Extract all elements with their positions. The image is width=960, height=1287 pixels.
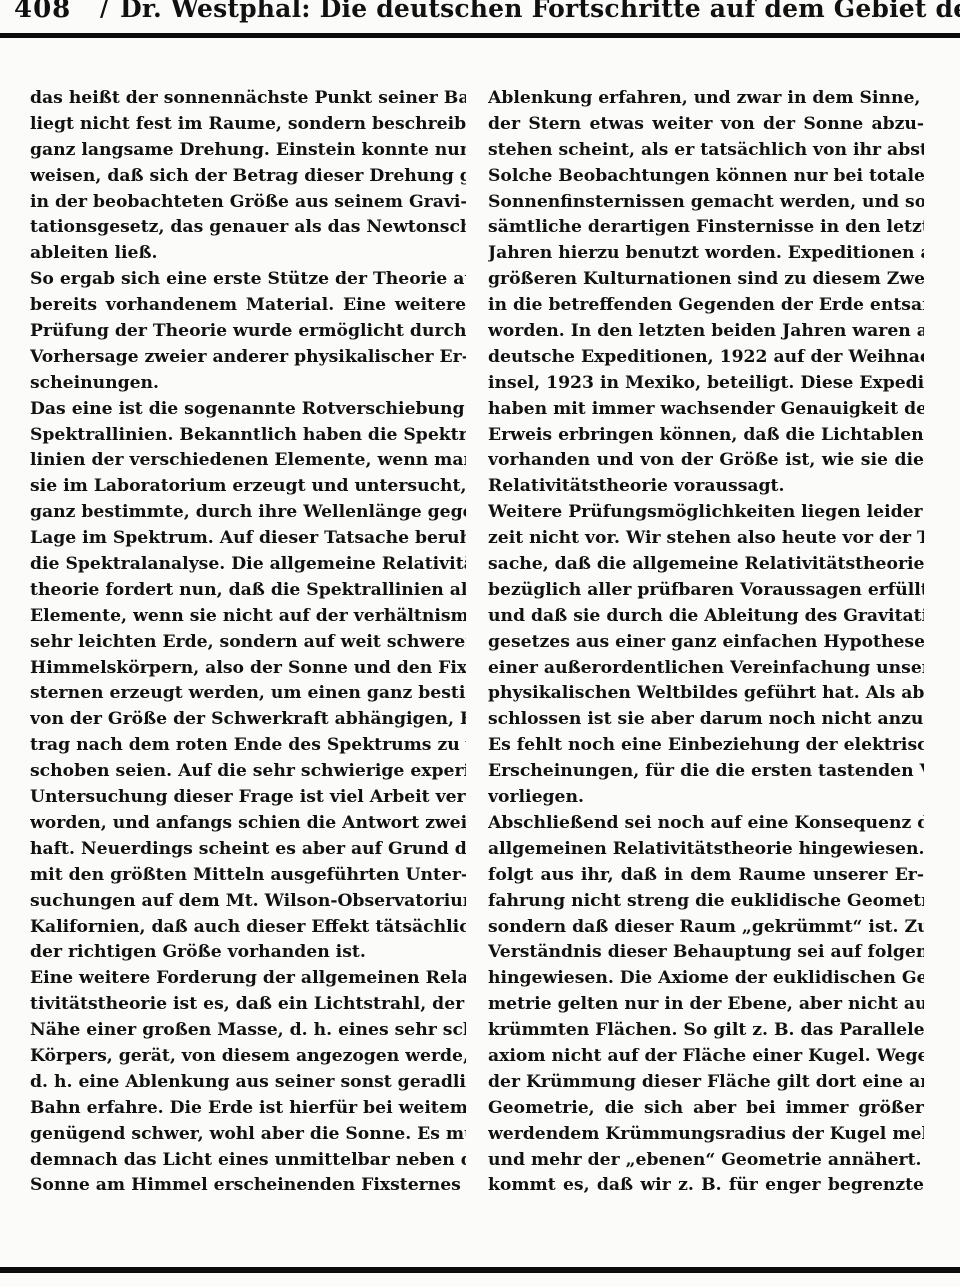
text-line: Solche Beobachtungen können nur bei tota… (488, 164, 924, 190)
text-line: fahrung nicht streng die euklidische Geo… (488, 889, 924, 915)
text-line: Körpers, gerät, von diesem angezogen wer… (30, 1044, 466, 1070)
text-line: ganz bestimmte, durch ihre Wellenlänge g… (30, 500, 466, 526)
text-line: Sonne am Himmel erscheinenden Fixsternes… (30, 1173, 466, 1199)
text-line: ganz langsame Drehung. Einstein konnte n… (30, 138, 466, 164)
text-line: einer außerordentlichen Vereinfachung un… (488, 656, 924, 682)
text-line: haben mit immer wachsender Genauigkeit d… (488, 397, 924, 423)
text-line: Das eine ist die sogenannte Rotverschieb… (30, 397, 466, 423)
text-line: insel, 1923 in Mexiko, beteiligt. Diese … (488, 371, 924, 397)
header-separator: / (100, 0, 108, 22)
text-line: metrie gelten nur in der Ebene, aber nic… (488, 992, 924, 1018)
page-header: 408 / Dr. Westphal: Die deutschen Fortsc… (0, 0, 960, 34)
text-line: suchungen auf dem Mt. Wilson-Observatori… (30, 889, 466, 915)
text-line: sternen erzeugt werden, um einen ganz be… (30, 681, 466, 707)
text-line: Nähe einer großen Masse, d. h. eines seh… (30, 1018, 466, 1044)
text-column-right: Ablenkung erfahren, und zwar in dem Sinn… (488, 86, 924, 1199)
text-line: folgt aus ihr, daß in dem Raume unserer … (488, 863, 924, 889)
text-line: stehen scheint, als er tatsächlich von i… (488, 138, 924, 164)
footer-rule (0, 1267, 960, 1273)
text-line: allgemeinen Relativitätstheorie hingewie… (488, 837, 924, 863)
text-line: haft. Neuerdings scheint es aber auf Gru… (30, 837, 466, 863)
text-line: linien der verschiedenen Elemente, wenn … (30, 448, 466, 474)
text-line: Erscheinungen, für die die ersten tasten… (488, 759, 924, 785)
text-line: demnach das Licht eines unmittelbar nebe… (30, 1148, 466, 1174)
text-line: von der Größe der Schwerkraft abhängigen… (30, 707, 466, 733)
header-rule (0, 33, 960, 38)
text-line: das heißt der sonnennächste Punkt seiner… (30, 86, 466, 112)
text-line: ableiten ließ. (30, 241, 466, 267)
text-line: Untersuchung dieser Frage ist viel Arbei… (30, 785, 466, 811)
text-line: Himmelskörpern, also der Sonne und den F… (30, 656, 466, 682)
text-line: Verständnis dieser Behauptung sei auf fo… (488, 940, 924, 966)
text-line: Es fehlt noch eine Einbeziehung der elek… (488, 733, 924, 759)
text-line: zeit nicht vor. Wir stehen also heute vo… (488, 526, 924, 552)
text-line: Vorhersage zweier anderer physikalischer… (30, 345, 466, 371)
text-line: Eine weitere Forderung der allgemeinen R… (30, 966, 466, 992)
text-line: in die betreffenden Gegenden der Erde en… (488, 293, 924, 319)
text-line: worden. In den letzten beiden Jahren war… (488, 319, 924, 345)
text-line: bezüglich aller prüfbaren Voraussagen er… (488, 578, 924, 604)
text-line: Sonnenfinsternissen gemacht werden, und … (488, 190, 924, 216)
text-line: weisen, daß sich der Betrag dieser Drehu… (30, 164, 466, 190)
text-line: größeren Kulturnationen sind zu diesem Z… (488, 267, 924, 293)
text-line: deutsche Expeditionen, 1922 auf der Weih… (488, 345, 924, 371)
text-line: krümmten Flächen. So gilt z. B. das Para… (488, 1018, 924, 1044)
text-column-left: das heißt der sonnennächste Punkt seiner… (30, 86, 466, 1199)
text-line: Jahren hierzu benutzt worden. Expedition… (488, 241, 924, 267)
text-line: axiom nicht auf der Fläche einer Kugel. … (488, 1044, 924, 1070)
text-line: trag nach dem roten Ende des Spektrums z… (30, 733, 466, 759)
text-line: Geometrie, die sich aber bei immer größe… (488, 1096, 924, 1122)
text-line: Ablenkung erfahren, und zwar in dem Sinn… (488, 86, 924, 112)
text-line: tationsgesetz, das genauer als das Newto… (30, 215, 466, 241)
text-line: liegt nicht fest im Raume, sondern besch… (30, 112, 466, 138)
text-line: schlossen ist sie aber darum noch nicht … (488, 707, 924, 733)
text-line: Prüfung der Theorie wurde ermöglicht dur… (30, 319, 466, 345)
text-line: bereits vorhandenem Material. Eine weite… (30, 293, 466, 319)
text-line: sie im Laboratorium erzeugt und untersuc… (30, 474, 466, 500)
text-line: hingewiesen. Die Axiome der euklidischen… (488, 966, 924, 992)
text-line: sehr leichten Erde, sondern auf weit sch… (30, 630, 466, 656)
text-line: scheinungen. (30, 371, 466, 397)
text-line: worden, und anfangs schien die Antwort z… (30, 811, 466, 837)
text-line: vorliegen. (488, 785, 924, 811)
text-line: Abschließend sei noch auf eine Konsequen… (488, 811, 924, 837)
text-line: vorhanden und von der Größe ist, wie sie… (488, 448, 924, 474)
text-line: theorie fordert nun, daß die Spektrallin… (30, 578, 466, 604)
text-line: in der beobachteten Größe aus seinem Gra… (30, 190, 466, 216)
text-line: der Krümmung dieser Fläche gilt dort ein… (488, 1070, 924, 1096)
text-line: physikalischen Weltbildes geführt hat. A… (488, 681, 924, 707)
text-line: Weitere Prüfungsmöglichkeiten liegen lei… (488, 500, 924, 526)
text-line: Spektrallinien. Bekanntlich haben die Sp… (30, 423, 466, 449)
text-line: So ergab sich eine erste Stütze der Theo… (30, 267, 466, 293)
text-line: Bahn erfahre. Die Erde ist hierfür bei w… (30, 1096, 466, 1122)
text-line: mit den größten Mitteln ausgeführten Unt… (30, 863, 466, 889)
text-line: tivitätstheorie ist es, daß ein Lichtstr… (30, 992, 466, 1018)
text-line: der Stern etwas weiter von der Sonne abz… (488, 112, 924, 138)
text-line: kommt es, daß wir z. B. für enger begren… (488, 1173, 924, 1199)
text-line: Kalifornien, daß auch dieser Effekt täts… (30, 915, 466, 941)
page-number: 408 (14, 0, 71, 24)
text-line: gesetzes aus einer ganz einfachen Hypoth… (488, 630, 924, 656)
text-line: sache, daß die allgemeine Relativitätsth… (488, 552, 924, 578)
text-line: werdendem Krümmungsradius der Kugel mehr (488, 1122, 924, 1148)
text-line: d. h. eine Ablenkung aus seiner sonst ge… (30, 1070, 466, 1096)
text-line: und daß sie durch die Ableitung des Grav… (488, 604, 924, 630)
text-line: Elemente, wenn sie nicht auf der verhält… (30, 604, 466, 630)
text-line: sämtliche derartigen Finsternisse in den… (488, 215, 924, 241)
text-line: sondern daß dieser Raum „gekrümmt“ ist. … (488, 915, 924, 941)
text-line: schoben seien. Auf die sehr schwierige e… (30, 759, 466, 785)
text-line: der richtigen Größe vorhanden ist. (30, 940, 466, 966)
text-line: Erweis erbringen können, daß die Lichtab… (488, 423, 924, 449)
text-line: Relativitätstheorie voraussagt. (488, 474, 924, 500)
text-line: die Spektralanalyse. Die allgemeine Rela… (30, 552, 466, 578)
text-line: Lage im Spektrum. Auf dieser Tatsache be… (30, 526, 466, 552)
text-line: und mehr der „ebenen“ Geometrie annähert… (488, 1148, 924, 1174)
running-title: Dr. Westphal: Die deutschen Fortschritte… (120, 0, 950, 23)
text-line: genügend schwer, wohl aber die Sonne. Es… (30, 1122, 466, 1148)
